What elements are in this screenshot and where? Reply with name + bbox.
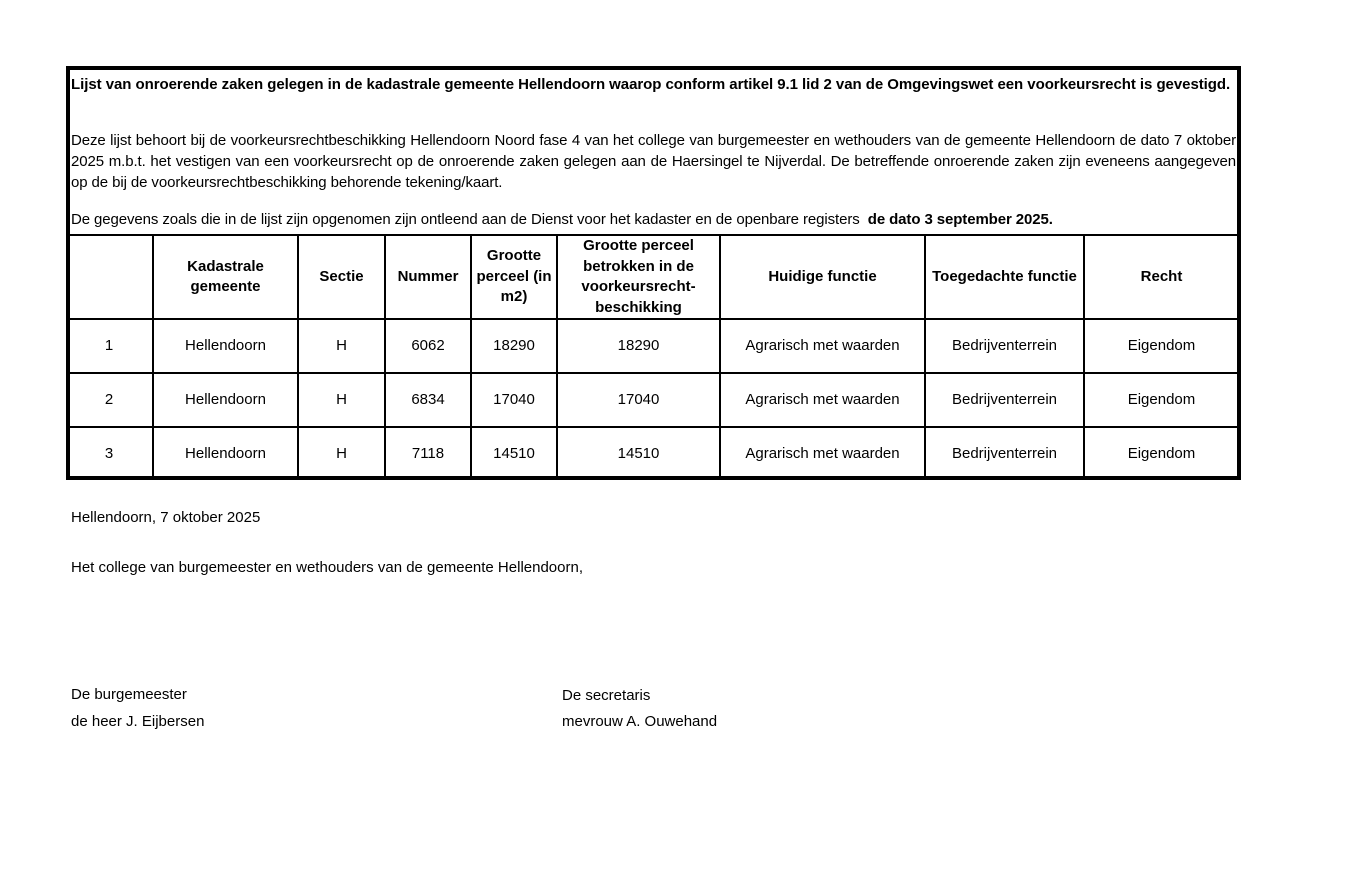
table-cell: H [298,373,385,427]
table-cell: Bedrijventerrein [925,373,1084,427]
document-title: Lijst van onroerende zaken gelegen in de… [71,74,1236,95]
table-row: 1HellendoornH60621829018290Agrarisch met… [66,319,1238,373]
table-cell: 14510 [557,427,720,479]
mayor-title: De burgemeester [71,686,187,704]
table-cell: Agrarisch met waarden [720,319,925,373]
column-header: Nummer [385,235,471,319]
table-cell: Bedrijventerrein [925,319,1084,373]
table-cell: Agrarisch met waarden [720,427,925,479]
source-text: De gegevens zoals die in de lijst zijn o… [71,211,860,228]
table-cell: Hellendoorn [153,319,298,373]
column-header: Kadastrale gemeente [153,235,298,319]
secretary-title: De secretaris [562,687,650,705]
secretary-name: mevrouw A. Ouwehand [562,713,717,731]
table-cell: 17040 [557,373,720,427]
column-header: Toegedachte functie [925,235,1084,319]
table-cell: 1 [66,319,153,373]
mayor-name: de heer J. Eijbersen [71,713,204,731]
table-cell: 18290 [557,319,720,373]
table-cell: 14510 [471,427,557,479]
intro-paragraph: Deze lijst behoort bij de voorkeursrecht… [71,130,1236,193]
source-statement: De gegevens zoals die in de lijst zijn o… [71,209,1236,230]
column-header: Recht [1084,235,1238,319]
table-cell: 18290 [471,319,557,373]
table-cell: Eigendom [1084,319,1238,373]
table-body: 1HellendoornH60621829018290Agrarisch met… [66,319,1238,479]
table-cell: H [298,319,385,373]
table-row: 3HellendoornH71181451014510Agrarisch met… [66,427,1238,479]
parcel-table: Kadastrale gemeenteSectieNummerGrootte p… [66,234,1238,479]
source-date: de dato 3 september 2025. [868,211,1053,228]
table-cell: 6062 [385,319,471,373]
table-cell: Hellendoorn [153,373,298,427]
column-header: Grootte perceel (in m2) [471,235,557,319]
college-statement: Het college van burgemeester en wethoude… [71,559,583,577]
table-row: 2HellendoornH68341704017040Agrarisch met… [66,373,1238,427]
table-cell: Agrarisch met waarden [720,373,925,427]
table-cell: Eigendom [1084,373,1238,427]
intro-section: Lijst van onroerende zaken gelegen in de… [70,70,1237,236]
place-date: Hellendoorn, 7 oktober 2025 [71,509,260,527]
table-header-row: Kadastrale gemeenteSectieNummerGrootte p… [66,235,1238,319]
column-header [66,235,153,319]
table-cell: 3 [66,427,153,479]
document-frame: Lijst van onroerende zaken gelegen in de… [66,66,1241,480]
table-cell: 7118 [385,427,471,479]
table-cell: H [298,427,385,479]
table-cell: Eigendom [1084,427,1238,479]
table-cell: Hellendoorn [153,427,298,479]
column-header: Sectie [298,235,385,319]
table-cell: 2 [66,373,153,427]
table-cell: Bedrijventerrein [925,427,1084,479]
table-cell: 6834 [385,373,471,427]
column-header: Huidige functie [720,235,925,319]
column-header: Grootte perceel betrokken in de voorkeur… [557,235,720,319]
table-cell: 17040 [471,373,557,427]
